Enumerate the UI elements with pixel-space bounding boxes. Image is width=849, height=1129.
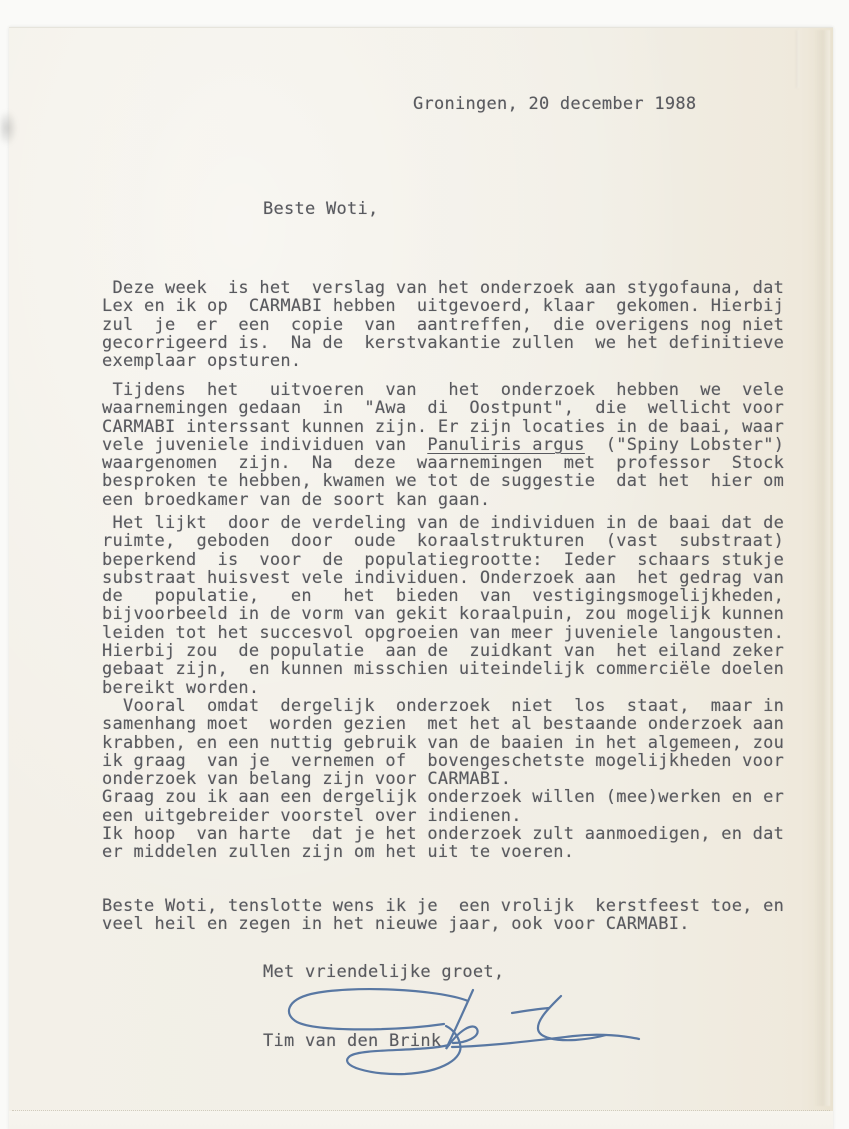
letter-line: er middelen zullen zijn om het uit te vo… <box>102 843 784 861</box>
letter-line: krabben, en een nuttig gebruik van de ba… <box>102 734 784 752</box>
paragraph: Beste Woti, tenslotte wens ik je een vro… <box>102 897 784 934</box>
date-line: Groningen, 20 december 1988 <box>413 95 696 113</box>
letter-line: Het lijkt door de verdeling van de indiv… <box>102 514 784 532</box>
letter-line: gebaat zijn, en kunnen misschien uiteind… <box>102 660 784 678</box>
scan-background: Groningen, 20 december 1988 Beste Woti, … <box>0 0 849 1129</box>
letter-line: Deze week is het verslag van het onderzo… <box>102 279 784 297</box>
signer-name: Tim van den Brink <box>263 1032 441 1050</box>
letter-line: Lex en ik op CARMABI hebben uitgevoerd, … <box>102 297 784 315</box>
paragraph: Deze week is het verslag van het onderzo… <box>102 279 784 370</box>
letter-line: substraat huisvest vele individuen. Onde… <box>102 569 784 587</box>
paper-crease-right <box>814 30 830 1106</box>
letter-line: de populatie, en het bieden van vestigin… <box>102 587 784 605</box>
letter-line: Beste Woti, tenslotte wens ik je een vro… <box>102 897 784 915</box>
letter-line: ruimte, geboden door oude koraalstruktur… <box>102 532 784 550</box>
letter-line: CARMABI interssant kunnen zijn. Er zijn … <box>102 418 784 436</box>
letter-line: Vooral omdat dergelijk onderzoek niet lo… <box>102 697 784 715</box>
paragraph: Tijdens het uitvoeren van het onderzoek … <box>102 381 784 509</box>
salutation: Beste Woti, <box>263 200 378 218</box>
letter-line: Hierbij zou de populatie aan de zuidkant… <box>102 642 784 660</box>
scan-smudge <box>0 110 17 146</box>
letter-line: Tijdens het uitvoeren van het onderzoek … <box>102 381 784 399</box>
letter-line: Ik hoop van harte dat je het onderzoek z… <box>102 825 784 843</box>
letter-line: bereikt worden. <box>102 679 784 697</box>
letter-line: leiden tot het succesvol opgroeien van m… <box>102 624 784 642</box>
letter-line: vele juveniele individuen van Panuliris … <box>102 436 784 454</box>
paragraph: Vooral omdat dergelijk onderzoek niet lo… <box>102 697 784 862</box>
letter-line: besproken te hebben, kwamen we tot de su… <box>102 472 784 490</box>
letter-line: veel heil en zegen in het nieuwe jaar, o… <box>102 915 784 933</box>
letter-line: een uitgebreider voorstel over indienen. <box>102 807 784 825</box>
letter-line: gecorrigeerd is. Na de kerstvakantie zul… <box>102 334 784 352</box>
paper-bottom-strip <box>9 1111 833 1129</box>
letter-line: onderzoek van belang zijn voor CARMABI. <box>102 770 784 788</box>
letter-line: een broedkamer van de soort kan gaan. <box>102 491 784 509</box>
paper-crease-top-right <box>796 30 799 88</box>
letter-line: exemplaar opsturen. <box>102 352 784 370</box>
letter-line: samenhang moet worden gezien met het al … <box>102 715 784 733</box>
letter-line: Graag zou ik aan een dergelijk onderzoek… <box>102 788 784 806</box>
valediction: Met vriendelijke groet, <box>263 963 504 981</box>
letter-line: ik graag van je vernemen of bovengeschet… <box>102 752 784 770</box>
letter-line: waarnemingen gedaan in "Awa di Oostpunt"… <box>102 399 784 417</box>
letter-line: bijvoorbeeld in de vorm van gekit koraal… <box>102 605 784 623</box>
letter-line: beperkend is voor de populatiegrootte: I… <box>102 551 784 569</box>
paragraph: Het lijkt door de verdeling van de indiv… <box>102 514 784 697</box>
letter-line: waargenomen zijn. Na deze waarnemingen m… <box>102 454 784 472</box>
letter-line: zul je er een copie van aantreffen, die … <box>102 316 784 334</box>
underlined-species-name: Panuliris argus <box>427 435 584 455</box>
